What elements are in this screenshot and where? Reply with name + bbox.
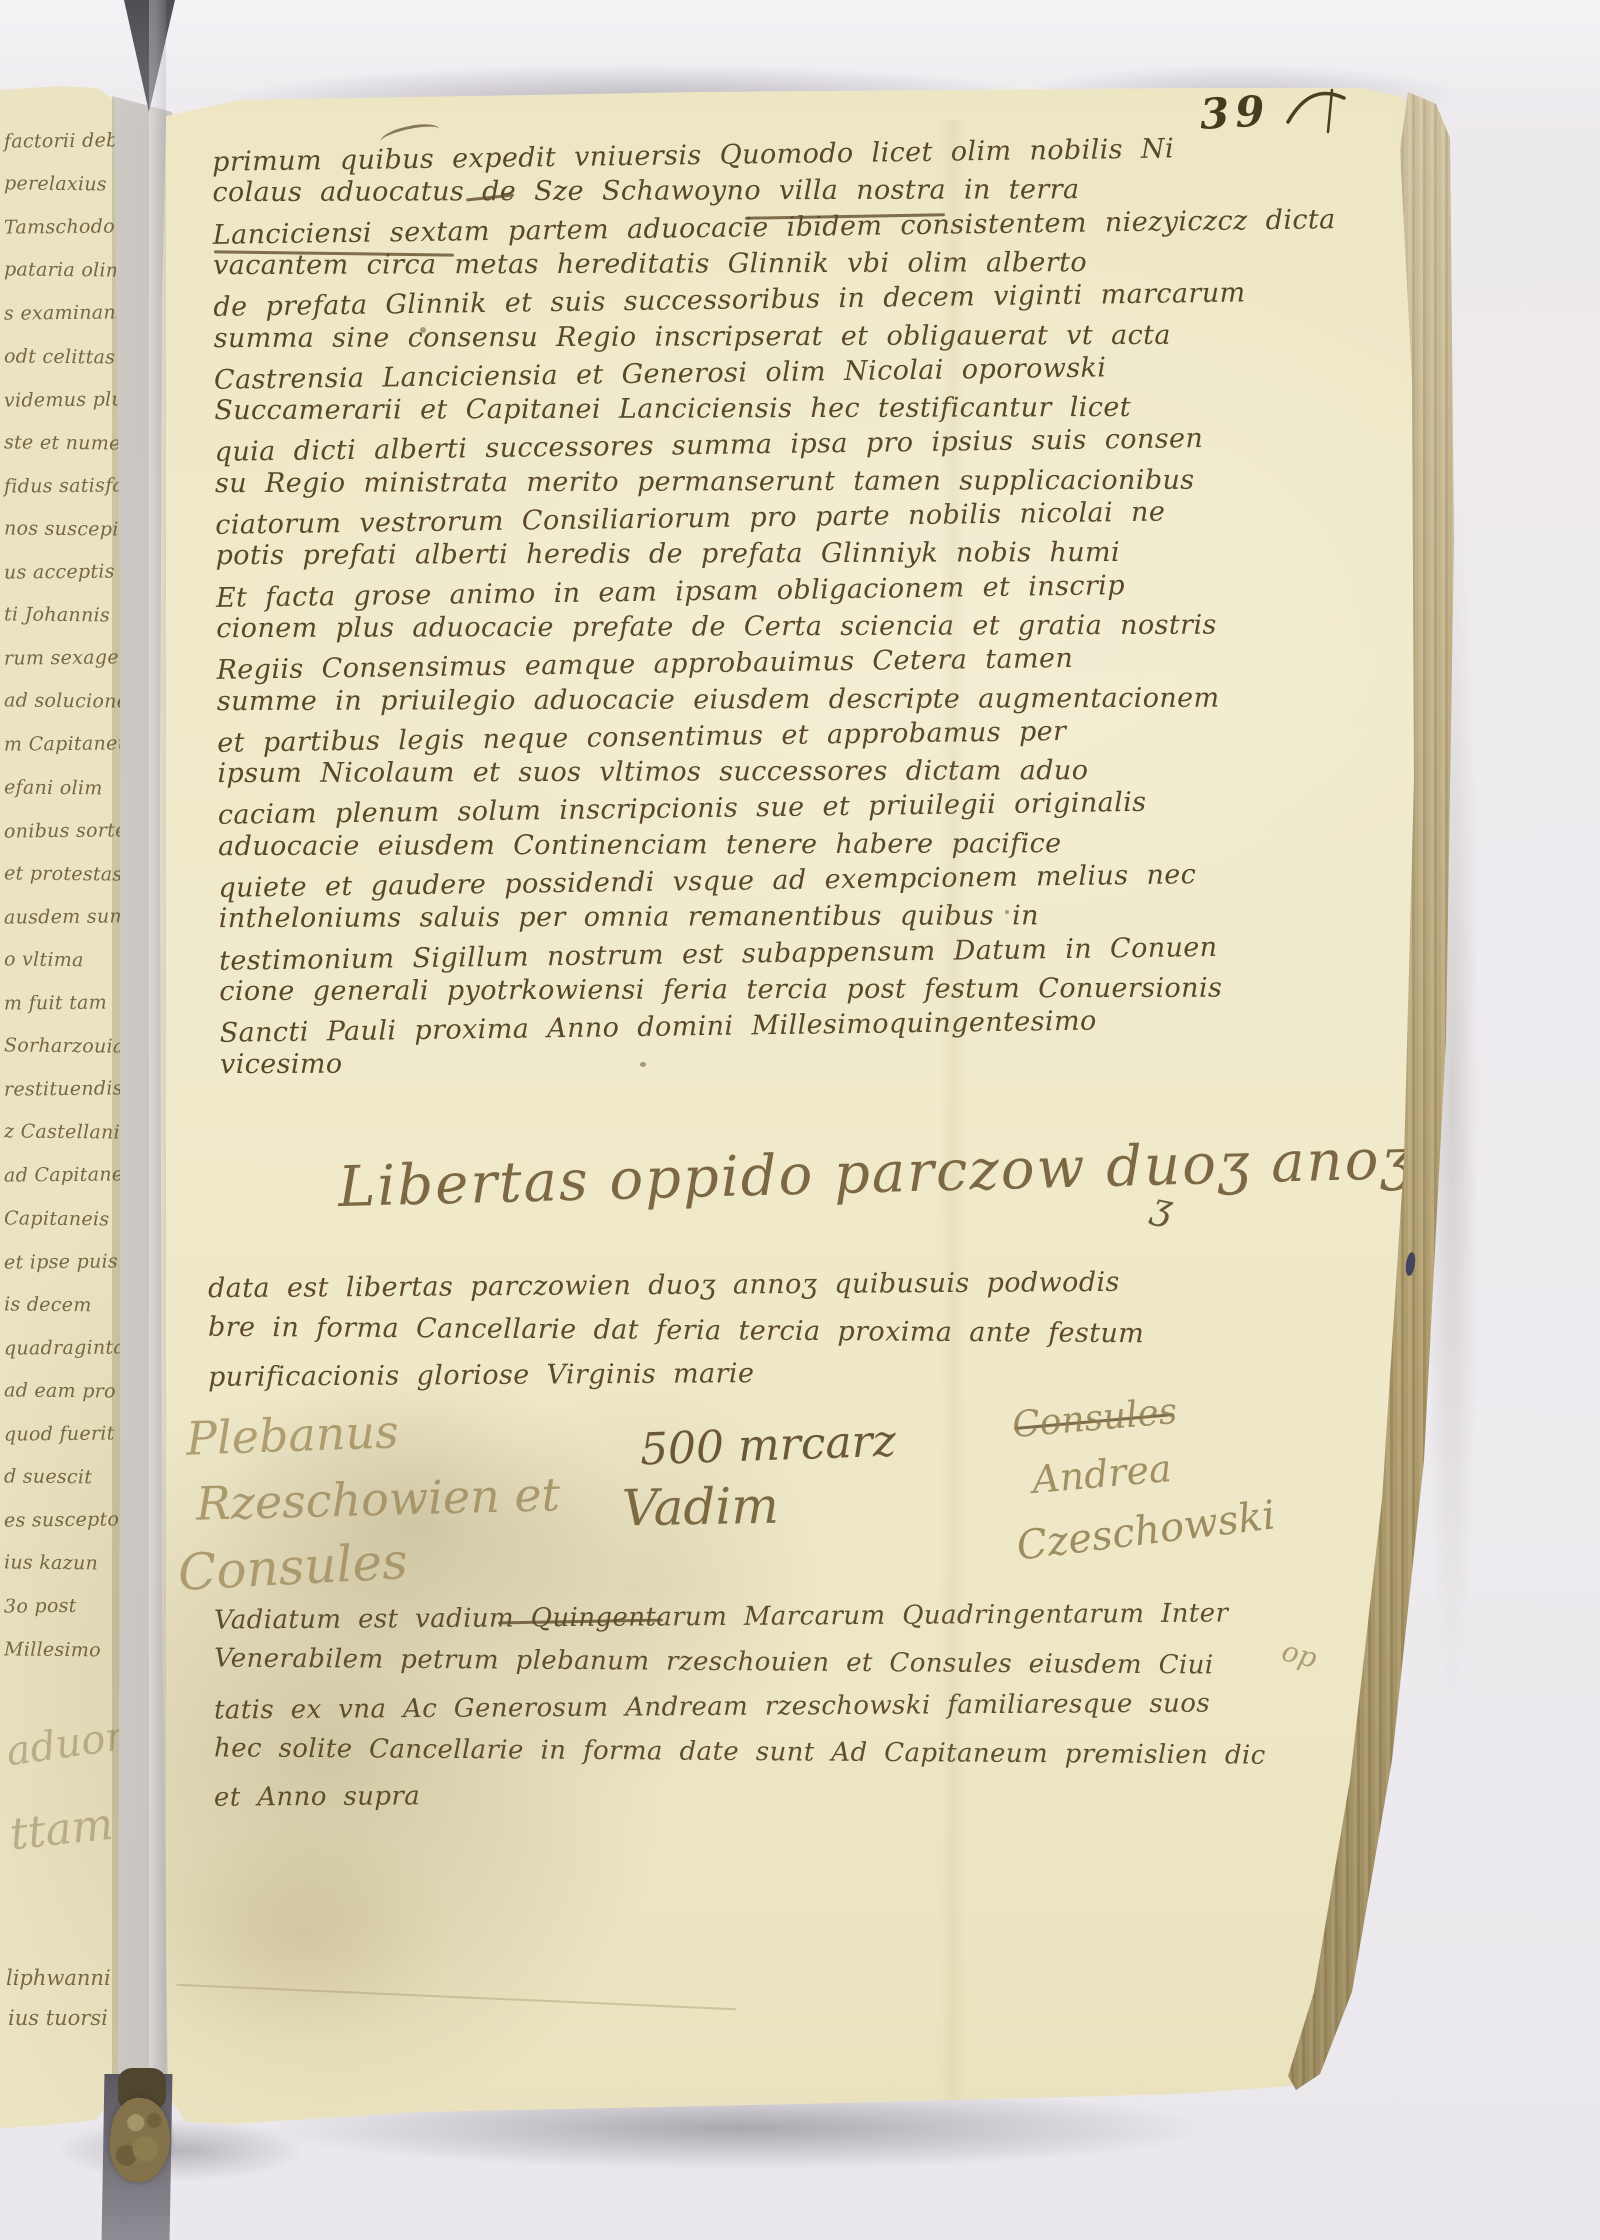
underline-mark	[214, 250, 454, 256]
margin-mark-op: op	[1279, 1634, 1321, 1674]
margin-fragment: s examinans	[4, 304, 124, 324]
manuscript-line: data est libertas parczowien duoʒ annoʒ …	[208, 1269, 1120, 1302]
ink-stain	[1005, 910, 1009, 914]
margin-fragment: quod fuerit	[4, 1424, 124, 1444]
party-annotation-right: Consules	[1011, 1391, 1179, 1446]
margin-fragment: efani olim	[4, 778, 124, 798]
scribal-flourish	[379, 120, 442, 151]
manuscript-line: quiete et gaudere possidendi vsque ad ex…	[218, 860, 1308, 902]
ink-stain	[420, 327, 426, 333]
party-annotation-left: Plebanus	[185, 1404, 399, 1465]
manuscript-line: potis prefati alberti heredis de prefata…	[216, 539, 1306, 570]
manuscript-line: Regiis Consensimus eamque approbauimus C…	[216, 642, 1306, 684]
margin-fragment: restituendis	[4, 1080, 124, 1100]
margin-fragment: m fuit tam	[4, 993, 124, 1013]
margin-fragment: z Castellani	[4, 1123, 124, 1143]
manuscript-line: caciam plenum solum inscripcionis sue et…	[218, 787, 1308, 829]
transparent-strip	[149, 0, 166, 2240]
margin-fragment: Tamschodowski	[4, 218, 124, 238]
faded-margin-word: ttam	[8, 1803, 115, 1858]
manuscript-line: primum quibus expedit vniuersis Quomodo …	[212, 134, 1302, 176]
margin-fragment: ius tuorsi	[8, 2008, 108, 2029]
margin-fragment: pataria olim	[4, 261, 124, 281]
margin-fragment: m Capitaneus	[4, 735, 124, 755]
manuscript-line: hec solite Cancellarie in forma date sun…	[214, 1735, 1266, 1768]
vadium-amount: 500 mrcarz	[639, 1416, 896, 1476]
margin-fragment: ad solucionem	[4, 692, 124, 712]
manuscript-line: Castrensia Lanciciensia et Generosi olim…	[214, 351, 1304, 393]
margin-fragment: odt celittas	[4, 347, 124, 367]
manuscript-line: summe in priuilegio aduocacie eiusdem de…	[217, 684, 1307, 715]
strikethrough-mark	[498, 1619, 663, 1625]
manuscript-line: su Regio ministrata merito permanserunt …	[215, 466, 1305, 497]
manuscript-line: et Anno supra	[214, 1783, 420, 1810]
folio-number: 39	[1199, 90, 1272, 136]
manuscript-line: purificacionis gloriose Virginis marie	[208, 1360, 754, 1391]
margin-fragment: Millesimo	[4, 1640, 124, 1660]
margin-fragment: is decem	[4, 1295, 124, 1315]
vadium-word: Vadim	[622, 1477, 780, 1538]
margin-fragment: factorii debiti	[4, 131, 124, 151]
margin-fragment: et protestas	[4, 864, 124, 884]
margin-fragment: ad Capitanea	[4, 1166, 124, 1186]
strikethrough-mark	[466, 193, 514, 201]
manuscript-line: aduocacie eiusdem Continenciam tenere ha…	[218, 829, 1308, 860]
folio-number-flourish	[1286, 82, 1350, 138]
margin-fragment: es susceptorz	[4, 1511, 124, 1531]
manuscript-line: Lanciciensi sextam partem aduocacie ibid…	[213, 206, 1303, 248]
margin-fragment: Capitaneis	[4, 1209, 124, 1229]
margin-fragment: et ipse puis	[4, 1252, 124, 1272]
margin-fragment: 3o post	[4, 1597, 124, 1617]
manuscript-line: ciatorum vestrorum Consiliariorum pro pa…	[215, 497, 1305, 539]
party-annotation-left: Consules	[177, 1532, 409, 1602]
parchment-crease	[940, 120, 966, 2100]
manuscript-line: de prefata Glinnik et suis successoribus…	[213, 279, 1303, 321]
party-annotation-left: Rzeschowien et	[195, 1467, 560, 1531]
manuscript-line: summa sine consensu Regio inscripserat e…	[214, 321, 1304, 352]
margin-fragment: onibus sorte	[4, 821, 124, 841]
margin-fragment: d suescit	[4, 1467, 124, 1487]
margin-fragment: ius kazun	[4, 1554, 124, 1574]
manuscript-line: ipsum Nicolaum et suos vltimos successor…	[217, 756, 1307, 787]
margin-fragment: ti Johannis	[4, 605, 124, 625]
manuscript-line: Venerabilem petrum plebanum rzeschouien …	[214, 1646, 1214, 1679]
underline-mark	[745, 213, 945, 219]
margin-fragment: ad eam pro	[4, 1381, 124, 1401]
margin-fragment: ste et numera	[4, 433, 124, 453]
manuscript-line: quia dicti alberti successores summa ips…	[214, 424, 1304, 466]
margin-fragment: us acceptis et	[4, 562, 124, 582]
manuscript-line: intheloniums saluis per omnia remanentib…	[219, 902, 1309, 933]
manuscript-line: cione generali pyotrkowiensi feria terci…	[219, 974, 1309, 1005]
manuscript-line: cionem plus aduocacie prefate de Certa s…	[216, 611, 1306, 642]
party-annotation-right: Andrea	[1030, 1446, 1173, 1502]
margin-fragment: fidus satisfac	[4, 476, 124, 496]
manuscript-line: Vadiatum est vadium Quingentarum Marcaru…	[214, 1600, 1229, 1633]
manuscript-line: vicesimo	[220, 1047, 1310, 1078]
margin-fragment: quadraginta	[4, 1338, 124, 1358]
margin-fragment: videmus plui	[4, 390, 124, 410]
margin-fragment: perelaxius	[4, 174, 124, 194]
manuscript-line: colaus aduocatus de Sze Schawoyno villa …	[212, 176, 1302, 207]
parchment-crack	[176, 1984, 736, 2010]
manuscript-line: Et facta grose animo in eam ipsam obliga…	[216, 569, 1306, 611]
margin-fragment: rum sexagena	[4, 649, 124, 669]
fore-edge-mark	[1404, 1251, 1416, 1276]
section-heading: Libertas oppido parczow duoʒ anoʒ	[337, 1132, 1414, 1216]
manuscript-line: Succamerarii et Capitanei Lanciciensis h…	[214, 393, 1304, 424]
margin-fragment: liphwanni	[6, 1968, 111, 1989]
manuscript-line: tatis ex vna Ac Generosum Andream rzesch…	[214, 1691, 1210, 1724]
manuscript-line: et partibus legis neque consentimus et a…	[217, 714, 1307, 756]
ink-stain	[640, 1062, 646, 1067]
manuscript-line: Sancti Pauli proxima Anno domini Millesi…	[220, 1005, 1310, 1047]
manuscript-photo: factorii debitiperelaxiusTamschodowskipa…	[0, 0, 1600, 2240]
manuscript-line: bre in forma Cancellarie dat feria terci…	[208, 1314, 1144, 1348]
party-annotation-right: Czeschowski	[1014, 1492, 1278, 1569]
manuscript-line: testimonium Sigillum nostrum est subappe…	[219, 932, 1309, 974]
margin-fragment: nos suscepi	[4, 519, 124, 539]
margin-fragment: o vltima	[4, 950, 124, 970]
margin-fragment: Sorharzouia	[4, 1036, 124, 1056]
margin-fragment: ausdem summa	[4, 907, 124, 927]
